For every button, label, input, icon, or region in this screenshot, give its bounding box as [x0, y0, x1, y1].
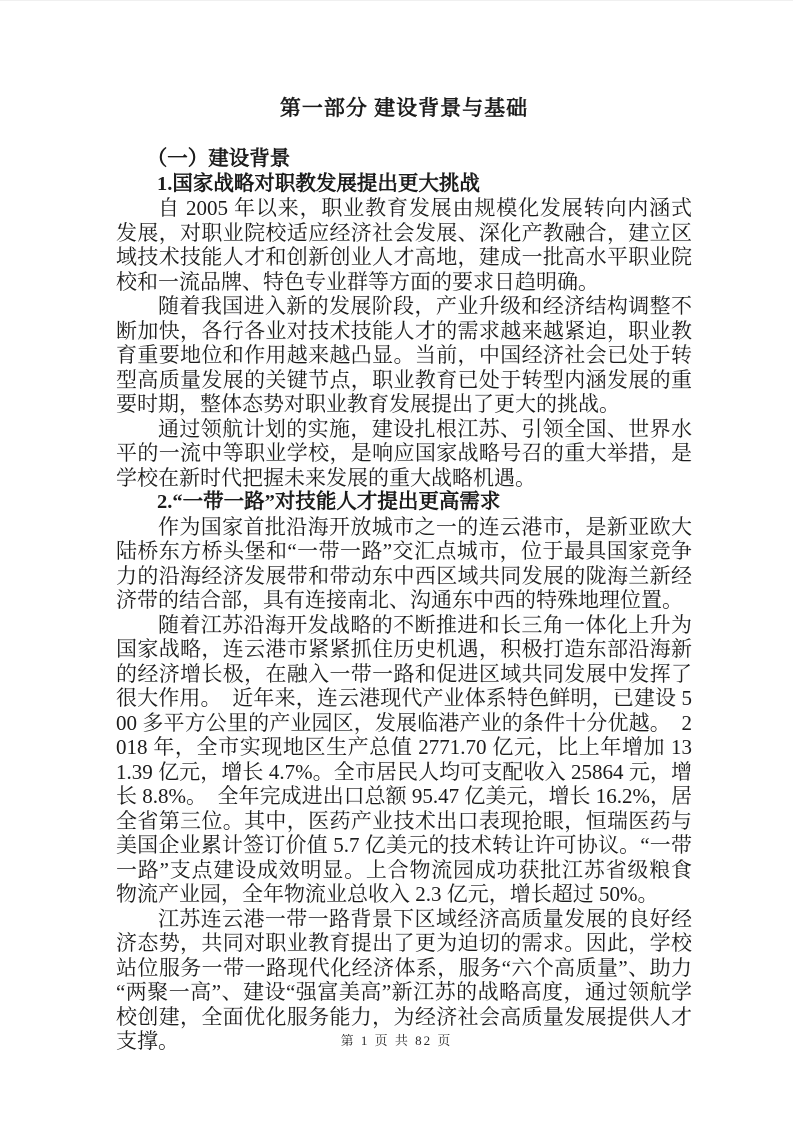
document-page: 第一部分 建设背景与基础 （一）建设背景 1.国家战略对职教发展提出更大挑战 自…: [0, 0, 793, 1122]
subsection-heading-1-national-strategy: 1.国家战略对职教发展提出更大挑战: [116, 172, 692, 197]
paragraph: 随着江苏沿海开发战略的不断推进和长三角一体化上升为国家战略，连云港市紧紧抓住历史…: [116, 613, 692, 907]
section-heading-construction-background: （一）建设背景: [116, 147, 692, 172]
document-title: 第一部分 建设背景与基础: [116, 95, 692, 121]
paragraph: 江苏连云港一带一路背景下区域经济高质量发展的良好经济态势，共同对职业教育提出了更…: [116, 907, 692, 1054]
page-footer: 第 1 页 共 82 页: [0, 1033, 793, 1049]
paragraph: 通过领航计划的实施，建设扎根江苏、引领全国、世界水平的一流中等职业学校，是响应国…: [116, 417, 692, 491]
paragraph: 随着我国进入新的发展阶段，产业升级和经济结构调整不断加快，各行各业对技术技能人才…: [116, 294, 692, 417]
paragraph: 作为国家首批沿海开放城市之一的连云港市，是新亚欧大陆桥东方桥头堡和“一带一路”交…: [116, 515, 692, 613]
paragraph: 自 2005 年以来，职业教育发展由规模化发展转向内涵式发展，对职业院校适应经济…: [116, 196, 692, 294]
document-content: 第一部分 建设背景与基础 （一）建设背景 1.国家战略对职教发展提出更大挑战 自…: [116, 95, 692, 1054]
subsection-heading-2-belt-and-road: 2.“一带一路”对技能人才提出更高需求: [116, 490, 692, 515]
